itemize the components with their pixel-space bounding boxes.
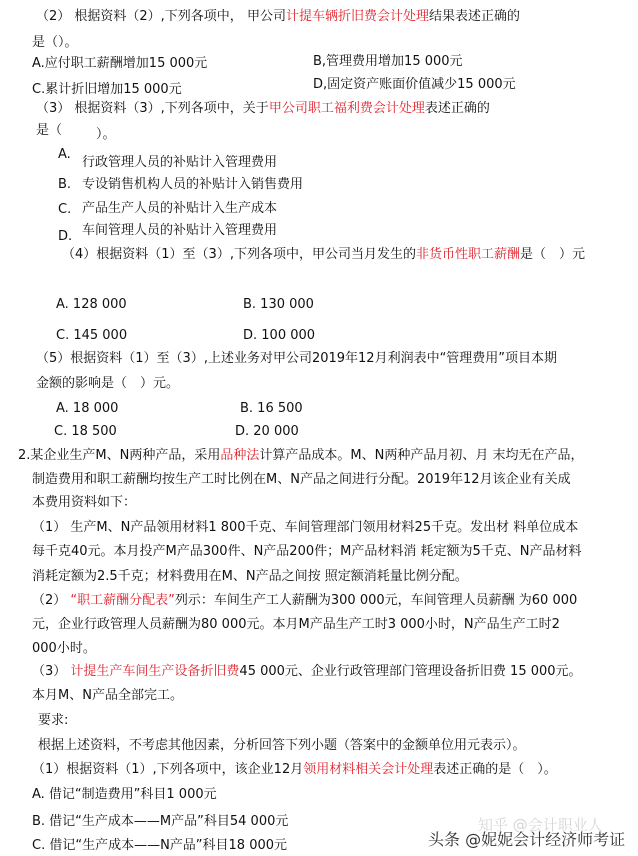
material1-line2: 每千克40元。本月投产M产品300件、N产品200件；M产品材料消 耗定额为5千… [32,543,581,561]
q3-option-c-text: 产品生产人员的补贴计入生产成本 [82,200,277,218]
q3-highlight: 甲公司职工福利费会计处理 [269,101,425,116]
q5-option-c: C. 18 500 [54,423,117,441]
material1-line3: 消耗定额为2.5千克；材料费用在M、N产品之间按 照定额消耗量比例分配。 [32,568,468,586]
q4-highlight: 非货币性职工薪酬 [416,247,520,262]
q3-stem-line2b: ）。 [96,126,116,144]
q3-option-a-text: 行政管理人员的补贴计入管理费用 [82,154,277,172]
subq1-highlight: 领用材料相关会计处理 [303,762,433,777]
watermark: 头条 @妮妮会计经济师考证 [428,827,625,850]
q4-stem: （4）根据资料（1）至（3）,下列各项中，甲公司当月发生的非货币性职工薪酬是（ … [62,246,585,264]
q5-option-a: A. 18 000 [56,400,118,418]
material1-line1: （1） 生产M、N产品领用材料1 800千克、车间管理部门领用材料25千克。发出… [32,519,578,537]
q4-option-a: A. 128 000 [56,296,127,314]
q3-option-a-letter: A. [58,146,71,164]
q4-option-b: B. 130 000 [243,296,314,314]
material3-line2: 本月M、N产品全部完工。 [32,687,183,705]
q2-option-b: B,管理费用增加15 000元 [313,53,463,71]
q5-option-b: B. 16 500 [240,400,303,418]
material3-line1: （3） 计提生产车间生产设备折旧费45 000元、企业行政管理部门管理设备折旧费… [32,663,582,681]
subq1-option-c: C. 借记“生产成本——N产品”科目18 000元 [32,837,287,855]
q2-option-d: D,固定资产账面价值减少15 000元 [313,76,516,94]
problem2-line1: 2.某企业生产M、N两种产品，采用品种法计算产品成本。M、N两种产品月初、月 末… [18,447,583,465]
subq1-stem: （1）根据资料（1）,下列各项中，该企业12月领用材料相关会计处理表述正确的是（… [32,761,557,779]
subq1-option-b: B. 借记“生产成本——M产品”科目54 000元 [32,813,288,831]
q5-option-d: D. 20 000 [235,423,299,441]
q3-stem-line2a: 是（ [36,122,62,140]
material3-highlight: 计提生产车间生产设备折旧费 [70,664,239,679]
q3-option-d-text: 车间管理人员的补贴计入管理费用 [82,222,277,240]
q2-option-c: C.累计折旧增加15 000元 [32,81,182,99]
q3-stem: （3） 根据资料（3）,下列各项中，关于甲公司职工福利费会计处理表述正确的 [36,100,490,118]
q5-stem: （5）根据资料（1）至（3）,上述业务对甲公司2019年12月利润表中“管理费用… [36,350,557,368]
q3-option-c-letter: C. [58,201,71,219]
subq1-option-a: A. 借记“制造费用”科目1 000元 [32,786,217,804]
requirement-text: 根据上述资料，不考虑其他因素，分析回答下列小题（答案中的金额单位用元表示）。 [38,737,526,755]
q5-stem-line2: 金额的影响是（ ）元。 [36,375,179,393]
material2-line1: （2） “职工薪酬分配表”列示：车间生产工人薪酬为300 000元，车间管理人员… [32,592,577,610]
problem2-highlight: 品种法 [220,448,259,463]
q3-option-b-letter: B. [58,176,71,194]
q2-option-a: A.应付职工薪酬增加15 000元 [32,55,207,73]
requirement-label: 要求: [38,712,68,730]
material2-line2: 元，企业行政管理人员薪酬为80 000元。本月M产品生产工时3 000小时，N产… [32,616,560,634]
q4-option-c: C. 145 000 [56,327,127,345]
q2-stem-line2: 是（）。 [32,34,78,52]
q2-highlight: 计提车辆折旧费会计处理 [286,9,429,24]
material2-highlight: “职工薪酬分配表” [70,593,174,608]
q3-option-d-letter: D. [58,228,72,246]
q2-stem: （2） 根据资料（2）,下列各项中， 甲公司计提车辆折旧费会计处理结果表述正确的 [36,8,520,26]
q4-option-d: D. 100 000 [243,327,315,345]
material2-line3: 000小时。 [32,640,96,658]
q3-option-b-text: 专设销售机构人员的补贴计入销售费用 [82,176,303,194]
problem2-line2: 制造费用和职工薪酬均按生产工时比例在M、N产品之间进行分配。2019年12月该企… [32,471,571,489]
problem2-line3: 本费用资料如下： [32,494,136,512]
